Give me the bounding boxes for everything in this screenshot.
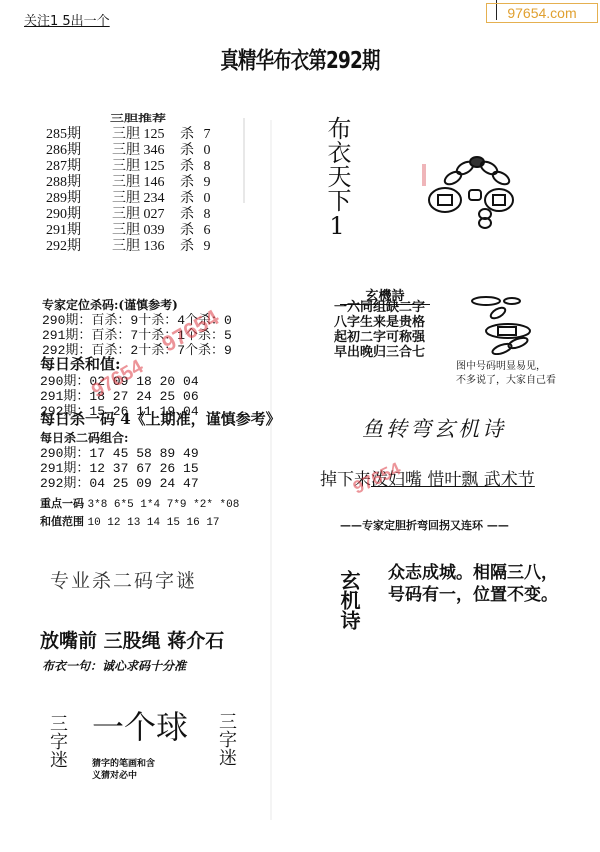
sum-range-row: 和值范围 10 12 13 14 15 16 17 [40, 513, 281, 531]
daily-kill-title: 每日杀一码 4《上期准，谨慎参考》 [40, 408, 281, 429]
poem: 一六同组缺二字 八字生来是贵格 起初二字可称强 早出晚归三合七 [334, 300, 425, 360]
page-title: 真精华布衣第292期 [60, 42, 540, 75]
xuanji-vertical-title: 玄机诗 [334, 570, 364, 630]
list-item: 292期三胆 136杀 9 [46, 239, 211, 255]
list-item: 289期三胆 234杀 0 [46, 191, 211, 207]
list-item: 285期三胆 125杀 7 [46, 127, 211, 143]
poem-line: 早出晚归三合七 [334, 345, 425, 360]
column-divider [243, 118, 245, 203]
key-code-row: 重点一码 3*8 6*5 1*4 7*9 *2* *08 [40, 495, 281, 513]
poem-line: 号码有一，位置不变。 [388, 584, 558, 606]
site-badge[interactable]: 97654.com [486, 3, 598, 23]
riddle-label-left: 三字迷 [44, 714, 70, 768]
picture-caption: 图中号码明显易见， 不多说了，大家自己看 [456, 360, 556, 388]
list-item: 290期三胆 027杀 8 [46, 207, 211, 223]
pair-kill-title: 每日杀二码组合: [40, 429, 281, 446]
caption-line: 图中号码明显易见， [456, 360, 556, 374]
riddle-label-right: 三字迷 [213, 712, 239, 766]
list-item: 291期三胆 039杀 6 [46, 223, 211, 239]
expert-line: ——专家定胆折弯回拐又连环 —— [340, 517, 509, 533]
caption-line: 不多说了，大家自己看 [456, 374, 556, 388]
three-gall-title: 三胆推荐 [110, 111, 166, 125]
list-item: 287期三胆 125杀 8 [46, 159, 211, 175]
poem-line: 起初二字可称强 [334, 330, 425, 345]
list-item: 291期：12 37 67 26 15 [40, 461, 281, 476]
list-item: 288期三胆 146杀 9 [46, 175, 211, 191]
three-gall-list: 285期三胆 125杀 7 286期三胆 346杀 0 287期三胆 125杀 … [46, 127, 211, 255]
fish-poem-title: 鱼转弯玄机诗 [362, 413, 506, 443]
list-item: 290期：17 45 58 89 49 [40, 446, 281, 461]
daily-kill-block: 每日杀一码 4《上期准，谨慎参考》 每日杀二码组合: 290期：17 45 58… [40, 408, 281, 531]
buyi-quote: 布衣一句：诚心求码十分准 [42, 657, 186, 674]
poem-line: 众志成城。相隔三八， [388, 562, 558, 584]
watermark-smudge [422, 160, 432, 190]
riddle-title: 专业杀二码字谜 [50, 566, 197, 593]
list-item: 286期三胆 346杀 0 [46, 143, 211, 159]
ball-riddle: 一个球 [92, 702, 188, 748]
list-item: 292期：04 25 09 24 47 [40, 476, 281, 491]
ball-hint: 猜字的笔画和含义猜对必中 [92, 758, 162, 782]
poem-line: 一六同组缺二字 [334, 300, 425, 315]
top-note: 关注1 5出一个 [24, 10, 110, 29]
riddle-line: 放嘴前 三股绳 蒋介石 [40, 626, 224, 653]
coin-chain-illustration [425, 150, 525, 230]
number-picture-illustration [468, 295, 543, 355]
xuanji-poem: 众志成城。相隔三八， 号码有一，位置不变。 [388, 562, 558, 606]
buyi-vertical-title: 布衣天下1 [323, 116, 351, 240]
poem-line: 八字生来是贵格 [334, 315, 425, 330]
